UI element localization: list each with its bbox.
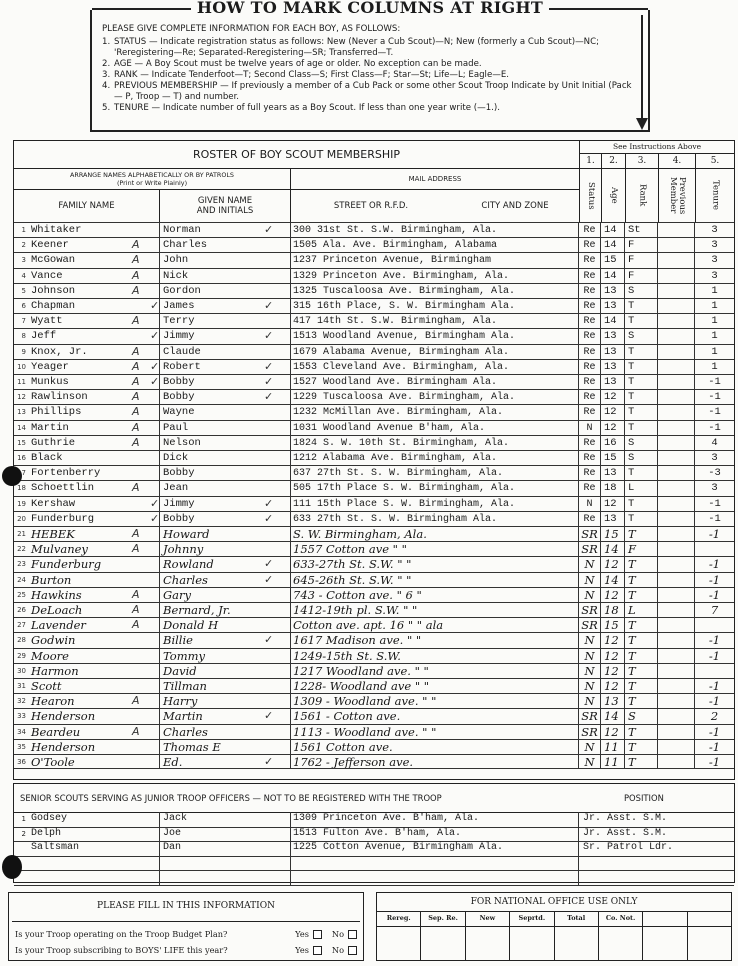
given-name-cell: Wayne	[160, 405, 291, 419]
family-name-cell: Martin	[28, 421, 160, 435]
table-row: 19KershawJimmy111 15th Place S. W. Birmi…	[14, 496, 734, 511]
check-mark-icon: ✓	[150, 375, 159, 388]
family-name-cell: Johnson	[28, 284, 160, 298]
tenure-cell: 2	[695, 709, 734, 723]
rank-cell: T	[625, 299, 658, 313]
tenure-cell: -1	[695, 633, 734, 647]
position-header: POSITION	[624, 784, 664, 812]
status-cell: N	[579, 588, 601, 602]
table-row: 30HarmonDavid1217 Woodland ave. " "N12T	[14, 663, 734, 678]
tenure-cell: 3	[695, 238, 734, 252]
previous-member-cell	[658, 527, 695, 541]
status-cell: Re	[579, 345, 601, 359]
previous-member-cell	[658, 436, 695, 450]
address-cell: 1762 - Jefferson ave.	[291, 755, 579, 768]
tenure-cell: 3	[695, 223, 734, 237]
row-number: 2	[14, 827, 28, 842]
address-cell: 315 16th Place, S. W. Birmingham Ala.	[291, 299, 579, 313]
tenure-cell: 4	[695, 436, 734, 450]
see-instructions-header: See Instructions Above	[579, 141, 734, 154]
family-name-cell: Henderson	[28, 709, 160, 723]
senior-row: SaltsmanDan1225 Cotton Avenue, Birmingha…	[14, 841, 734, 857]
previous-member-cell	[658, 299, 695, 313]
street-header: STREET OR R.F.D.	[291, 190, 451, 222]
family-name-cell: Hawkins	[28, 588, 160, 602]
family-name-cell: Henderson	[28, 740, 160, 754]
family-name-cell: Rawlinson	[28, 390, 160, 404]
instructions-lead: PLEASE GIVE COMPLETE INFORMATION FOR EAC…	[102, 24, 640, 35]
instruction-item: 4.PREVIOUS MEMBERSHIP — If previously a …	[102, 81, 640, 103]
age-cell: 13	[601, 299, 625, 313]
given-name-cell: Nick	[160, 269, 291, 283]
age-cell: 13	[601, 694, 625, 708]
family-name-cell: Delph	[28, 827, 160, 842]
check-mark-icon: ✓	[264, 299, 273, 312]
status-cell: Re	[579, 238, 601, 252]
table-row: 34BeardeuCharles1113 - Woodland ave. " "…	[14, 724, 734, 739]
tenure-cell: 1	[695, 345, 734, 359]
rank-cell: T	[625, 390, 658, 404]
address-cell: 1113 - Woodland ave. " "	[291, 725, 579, 739]
tenure-cell: -1	[695, 694, 734, 708]
given-name-cell: Bobby	[160, 466, 291, 480]
family-name-cell: Harmon	[28, 664, 160, 678]
table-row: 4VanceNick1329 Princeton Ave. Birmingham…	[14, 268, 734, 283]
position-cell: Jr. Asst. S.M.	[579, 827, 734, 842]
yes-checkbox[interactable]	[313, 930, 322, 939]
instructions-body: PLEASE GIVE COMPLETE INFORMATION FOR EAC…	[102, 24, 640, 114]
previous-member-cell	[658, 421, 695, 435]
rank-cell: T	[625, 345, 658, 359]
a-mark-icon: A	[132, 345, 140, 358]
family-name-cell: DeLoach	[28, 603, 160, 617]
table-row: 26DeLoachBernard, Jr.1412-19th pl. S.W. …	[14, 602, 734, 617]
tenure-cell	[695, 542, 734, 556]
rank-cell: T	[625, 527, 658, 541]
row-number: 1	[14, 812, 28, 827]
row-number: 31	[14, 679, 28, 693]
table-row: 14MartinPaul1031 Woodland Avenue B'ham, …	[14, 420, 734, 435]
age-cell: 14	[601, 223, 625, 237]
rank-cell: T	[625, 664, 658, 678]
tenure-cell: -1	[695, 557, 734, 571]
status-cell: Re	[579, 329, 601, 343]
previous-member-cell	[658, 694, 695, 708]
status-cell: N	[579, 633, 601, 647]
check-mark-icon: ✓	[264, 375, 273, 388]
senior-row	[14, 870, 734, 886]
national-office-column	[688, 911, 731, 960]
question-text: Is your Troop subscribing to BOYS' LIFE …	[15, 945, 285, 955]
row-number: 2	[14, 238, 28, 252]
senior-scouts-table: SENIOR SCOUTS SERVING AS JUNIOR TROOP OF…	[13, 783, 735, 883]
status-cell: Re	[579, 223, 601, 237]
row-number: 10	[14, 360, 28, 374]
rank-cell: S	[625, 329, 658, 343]
check-mark-icon: ✓	[264, 329, 273, 342]
previous-member-cell	[658, 451, 695, 465]
tenure-cell: 1	[695, 360, 734, 374]
table-row: 22MulvaneyJohnny1557 Cotton ave " "SR14F…	[14, 541, 734, 556]
address-cell: 417 14th St. S.W. Birmingham, Ala.	[291, 314, 579, 328]
given-name-cell: Dan	[160, 841, 291, 856]
tenure-cell: 3	[695, 481, 734, 495]
position-cell: Jr. Asst. S.M.	[579, 812, 734, 827]
address-cell: 1212 Alabama Ave. Birmingham, Ala.	[291, 451, 579, 465]
given-name-cell: David	[160, 664, 291, 678]
no-checkbox[interactable]	[348, 946, 357, 955]
age-cell: 14	[601, 709, 625, 723]
family-name-cell: Godwin	[28, 633, 160, 647]
city-header: CITY AND ZONE	[451, 190, 579, 222]
family-name-cell: Jeff	[28, 329, 160, 343]
row-number: 3	[14, 253, 28, 267]
family-name-cell: Godsey	[28, 812, 160, 827]
question-text: Is your Troop operating on the Troop Bud…	[15, 929, 285, 939]
family-name-cell: Funderburg	[28, 557, 160, 571]
row-number: 20	[14, 512, 28, 526]
status-cell: Re	[579, 314, 601, 328]
table-row: 25HawkinsGary743 - Cotton ave. " 6 "N12T…	[14, 587, 734, 602]
status-cell: Re	[579, 375, 601, 389]
status-cell: SR	[579, 542, 601, 556]
previous-member-cell	[658, 375, 695, 389]
rank-cell: S	[625, 451, 658, 465]
tenure-cell: -1	[695, 405, 734, 419]
address-cell: 743 - Cotton ave. " 6 "	[291, 588, 579, 602]
family-name-cell: Knox, Jr.	[28, 345, 160, 359]
given-name-cell: Tommy	[160, 649, 291, 663]
tenure-cell: -1	[695, 755, 734, 768]
row-number: 1	[14, 223, 28, 237]
given-name-cell: Terry	[160, 314, 291, 328]
row-number: 35	[14, 740, 28, 754]
tenure-cell: -1	[695, 512, 734, 526]
address-cell: 111 15th Place S. W. Birmingham, Ala.	[291, 497, 579, 511]
check-mark-icon: ✓	[150, 360, 159, 373]
previous-member-cell	[658, 405, 695, 419]
age-cell: 12	[601, 679, 625, 693]
punch-hole	[2, 855, 22, 879]
age-cell: 15	[601, 451, 625, 465]
check-mark-icon: ✓	[264, 360, 273, 373]
status-cell: N	[579, 649, 601, 663]
tenure-cell: 1	[695, 329, 734, 343]
previous-member-cell	[658, 725, 695, 739]
rank-cell: L	[625, 603, 658, 617]
instructions-box: HOW TO MARK COLUMNS AT RIGHT PLEASE GIVE…	[90, 10, 650, 132]
address-cell: 1237 Princeton Avenue, Birmingham	[291, 253, 579, 267]
given-name-cell: Gordon	[160, 284, 291, 298]
age-cell: 12	[601, 390, 625, 404]
previous-member-cell	[658, 679, 695, 693]
instruction-item: 1.STATUS — Indicate registration status …	[102, 37, 640, 59]
family-name-cell: Lavender	[28, 618, 160, 632]
a-mark-icon: A	[132, 481, 140, 494]
rank-cell: T	[625, 405, 658, 419]
roster-title: ROSTER OF BOY SCOUT MEMBERSHIP	[14, 141, 579, 169]
status-cell: N	[579, 755, 601, 768]
previous-member-header: Previous Member	[658, 169, 695, 222]
row-number	[14, 841, 28, 856]
tenure-cell: -1	[695, 421, 734, 435]
address-cell: 1561 - Cotton ave.	[291, 709, 579, 723]
table-row: 13PhillipsWayne1232 McMillan Ave. Birmin…	[14, 404, 734, 419]
previous-member-cell	[658, 284, 695, 298]
no-checkbox[interactable]	[348, 930, 357, 939]
position-cell: Sr. Patrol Ldr.	[579, 841, 734, 856]
age-cell: 14	[601, 238, 625, 252]
address-cell: 1617 Madison ave. " "	[291, 633, 579, 647]
rank-cell: T	[625, 314, 658, 328]
instruction-item: 5.TENURE — Indicate number of full years…	[102, 103, 640, 114]
table-row: 33HendersonMartin1561 - Cotton ave.SR14S…	[14, 708, 734, 723]
given-name-cell	[160, 856, 291, 871]
given-name-cell	[160, 870, 291, 885]
address-cell: 1412-19th pl. S.W. " "	[291, 603, 579, 617]
table-row: 31ScottTillman1228- Woodland ave " "N12T…	[14, 678, 734, 693]
row-number: 9	[14, 345, 28, 359]
fill-question: Is your Troop subscribing to BOYS' LIFE …	[15, 945, 357, 955]
family-name-cell: Chapman	[28, 299, 160, 313]
rank-cell: T	[625, 649, 658, 663]
age-header: Age	[601, 169, 625, 222]
instruction-item: 2.AGE — A Boy Scout must be twelve years…	[102, 59, 640, 70]
age-cell: 14	[601, 542, 625, 556]
previous-member-cell	[658, 466, 695, 480]
check-mark-icon: ✓	[150, 299, 159, 312]
address-cell: 645-26th St. S.W. " "	[291, 573, 579, 587]
tenure-cell: -1	[695, 375, 734, 389]
family-name-cell	[28, 856, 160, 871]
rank-cell: T	[625, 618, 658, 632]
arrange-instructions: ARRANGE NAMES ALPHABETICALLY OR BY PATRO…	[14, 168, 291, 190]
age-cell: 12	[601, 421, 625, 435]
rank-cell: T	[625, 512, 658, 526]
age-cell: 12	[601, 405, 625, 419]
table-row: 29MooreTommy1249-15th St. S.W.N12T-1	[14, 648, 734, 663]
previous-member-cell	[658, 360, 695, 374]
family-name-cell: Saltsman	[28, 841, 160, 856]
a-mark-icon: A	[132, 527, 140, 540]
table-row: 21HEBEKHowardS. W. Birmingham, Ala.SR15T…	[14, 526, 734, 541]
family-name-cell: Whitaker	[28, 223, 160, 237]
previous-member-cell	[658, 709, 695, 723]
table-row: 23FunderburgRowland633-27th St. S.W. " "…	[14, 556, 734, 571]
previous-member-cell	[658, 542, 695, 556]
address-cell: 300 31st St. S.W. Birmingham, Ala.	[291, 223, 579, 237]
status-cell: SR	[579, 709, 601, 723]
status-cell: N	[579, 679, 601, 693]
previous-member-cell	[658, 497, 695, 511]
given-name-cell: Charles	[160, 238, 291, 252]
row-number: 29	[14, 649, 28, 663]
row-number: 21	[14, 527, 28, 541]
rank-cell: L	[625, 481, 658, 495]
previous-member-cell	[658, 664, 695, 678]
tenure-cell: 1	[695, 314, 734, 328]
fill-question: Is your Troop operating on the Troop Bud…	[15, 929, 357, 939]
rank-cell: T	[625, 360, 658, 374]
tenure-cell: -1	[695, 588, 734, 602]
rank-cell: T	[625, 421, 658, 435]
a-mark-icon: A	[132, 588, 140, 601]
family-name-cell: Guthrie	[28, 436, 160, 450]
row-number: 13	[14, 405, 28, 419]
table-row: 6ChapmanJames315 16th Place, S. W. Birmi…	[14, 298, 734, 313]
table-row: 9Knox, Jr.Claude1679 Alabama Avenue, Bir…	[14, 344, 734, 359]
check-mark-icon: ✓	[264, 633, 273, 646]
family-name-cell: Funderburg	[28, 512, 160, 526]
age-cell: 16	[601, 436, 625, 450]
tenure-cell: -1	[695, 497, 734, 511]
a-mark-icon: A	[132, 269, 140, 282]
table-row: 20FunderburgBobby633 27th St. S. W. Birm…	[14, 511, 734, 526]
address-cell: 1824 S. W. 10th St. Birmingham, Ala.	[291, 436, 579, 450]
age-cell: 13	[601, 345, 625, 359]
tenure-cell: -1	[695, 573, 734, 587]
status-cell: Re	[579, 284, 601, 298]
family-name-cell: Fortenberry	[28, 466, 160, 480]
address-cell: 637 27th St. S. W. Birmingham, Ala.	[291, 466, 579, 480]
family-name-cell: Moore	[28, 649, 160, 663]
a-mark-icon: A	[132, 618, 140, 631]
row-number: 26	[14, 603, 28, 617]
previous-member-cell	[658, 588, 695, 602]
a-mark-icon: A	[132, 284, 140, 297]
status-cell: Re	[579, 512, 601, 526]
given-name-cell: Claude	[160, 345, 291, 359]
status-cell: Re	[579, 253, 601, 267]
given-name-cell: Thomas E	[160, 740, 291, 754]
row-number: 34	[14, 725, 28, 739]
tenure-cell: 3	[695, 269, 734, 283]
address-cell: 1527 Woodland Ave. Birmingham Ala.	[291, 375, 579, 389]
table-row: 10YeagerRobert1553 Cleveland Ave. Birmin…	[14, 359, 734, 374]
row-number: 23	[14, 557, 28, 571]
address-cell: S. W. Birmingham, Ala.	[291, 527, 579, 541]
address-cell: 1513 Fulton Ave. B'ham, Ala.	[291, 827, 579, 842]
given-name-cell: John	[160, 253, 291, 267]
age-cell: 13	[601, 375, 625, 389]
family-name-cell: O'Toole	[28, 755, 160, 768]
row-number: 12	[14, 390, 28, 404]
previous-member-cell	[658, 329, 695, 343]
table-row: 27LavenderDonald HCotton ave. apt. 16 " …	[14, 617, 734, 632]
address-cell: 1325 Tuscaloosa Ave. Birmingham, Ala.	[291, 284, 579, 298]
rank-cell: St	[625, 223, 658, 237]
given-name-cell: Dick	[160, 451, 291, 465]
age-cell: 12	[601, 497, 625, 511]
table-row: 8JeffJimmy1513 Woodland Avenue, Birmingh…	[14, 328, 734, 343]
row-number: 8	[14, 329, 28, 343]
row-number: 32	[14, 694, 28, 708]
address-cell: 505 17th Place S. W. Birmingham, Ala.	[291, 481, 579, 495]
senior-row: 1GodseyJack1309 Princeton Ave. B'ham, Al…	[14, 812, 734, 828]
age-cell: 13	[601, 284, 625, 298]
age-cell: 15	[601, 618, 625, 632]
yes-checkbox[interactable]	[313, 946, 322, 955]
table-row: 24BurtonCharles645-26th St. S.W. " "N14T…	[14, 572, 734, 587]
age-cell: 11	[601, 755, 625, 768]
rank-cell: T	[625, 497, 658, 511]
national-office-column: Seprtd.	[510, 911, 554, 960]
check-mark-icon: ✓	[264, 390, 273, 403]
previous-member-cell	[658, 345, 695, 359]
instructions-title: HOW TO MARK COLUMNS AT RIGHT	[92, 0, 648, 17]
arrow-head-icon	[636, 118, 648, 130]
position-cell	[579, 870, 734, 885]
check-mark-icon: ✓	[150, 497, 159, 510]
tenure-cell: 1	[695, 284, 734, 298]
row-number: 25	[14, 588, 28, 602]
status-cell: Re	[579, 360, 601, 374]
age-cell: 12	[601, 664, 625, 678]
previous-member-cell	[658, 603, 695, 617]
given-name-cell: Joe	[160, 827, 291, 842]
given-name-header: GIVEN NAMEAND INITIALS	[160, 190, 291, 222]
given-name-cell: Paul	[160, 421, 291, 435]
previous-member-cell	[658, 740, 695, 754]
address-cell: 1513 Woodland Avenue, Birmingham Ala.	[291, 329, 579, 343]
age-cell: 14	[601, 573, 625, 587]
given-name-cell: Charles	[160, 725, 291, 739]
tenure-cell: -1	[695, 740, 734, 754]
rank-cell: T	[625, 755, 658, 768]
rank-header: Rank	[625, 169, 658, 222]
tenure-header: Tenure	[695, 169, 734, 222]
rank-cell: T	[625, 725, 658, 739]
status-cell: N	[579, 740, 601, 754]
family-name-cell: McGowan	[28, 253, 160, 267]
family-name-cell: Kershaw	[28, 497, 160, 511]
address-cell	[291, 856, 579, 871]
address-cell: 1225 Cotton Avenue, Birmingham Ala.	[291, 841, 579, 856]
address-cell: 1217 Woodland ave. " "	[291, 664, 579, 678]
col-num-4: 4.	[658, 154, 695, 169]
row-number: 5	[14, 284, 28, 298]
previous-member-cell	[658, 573, 695, 587]
tenure-cell	[695, 618, 734, 632]
tenure-cell: -1	[695, 679, 734, 693]
table-row: 3McGowanJohn1237 Princeton Avenue, Birmi…	[14, 252, 734, 267]
national-office-box: FOR NATIONAL OFFICE USE ONLY Rereg.Sep. …	[376, 892, 732, 961]
tenure-cell: -1	[695, 527, 734, 541]
tenure-cell: -1	[695, 649, 734, 663]
status-cell: Re	[579, 299, 601, 313]
no-label: No	[332, 929, 344, 939]
previous-member-cell	[658, 238, 695, 252]
mail-address-header: MAIL ADDRESS	[291, 168, 579, 190]
address-cell: 1505 Ala. Ave. Birmingham, Alabama	[291, 238, 579, 252]
address-cell: 1309 - Woodland ave. " "	[291, 694, 579, 708]
status-cell: Re	[579, 451, 601, 465]
check-mark-icon: ✓	[264, 557, 273, 570]
col-num-5: 5.	[695, 154, 734, 169]
national-office-column: Sep. Re.	[421, 911, 465, 960]
col-num-3: 3.	[625, 154, 658, 169]
family-name-cell: Burton	[28, 573, 160, 587]
check-mark-icon: ✓	[150, 329, 159, 342]
fill-info-box: PLEASE FILL IN THIS INFORMATION Is your …	[8, 892, 364, 961]
family-name-cell: Yeager	[28, 360, 160, 374]
row-number: 15	[14, 436, 28, 450]
family-name-cell: Schoettlin	[28, 481, 160, 495]
table-row: 17FortenberryBobby637 27th St. S. W. Bir…	[14, 465, 734, 480]
senior-scouts-header: SENIOR SCOUTS SERVING AS JUNIOR TROOP OF…	[14, 784, 734, 813]
address-cell: 1557 Cotton ave " "	[291, 542, 579, 556]
a-mark-icon: A	[132, 375, 140, 388]
